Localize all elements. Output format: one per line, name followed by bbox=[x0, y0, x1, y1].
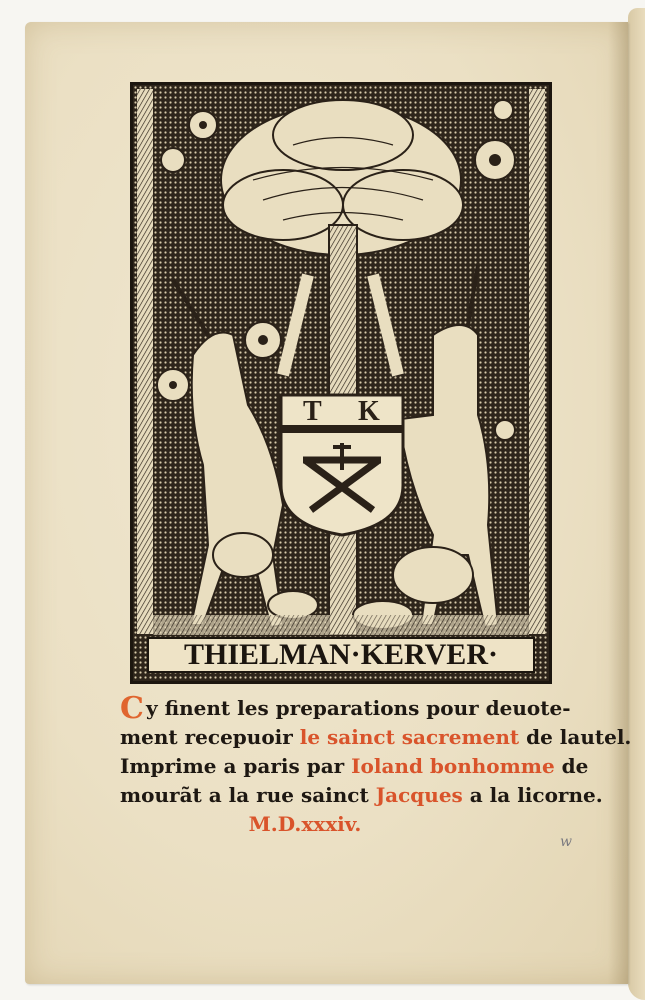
pencil-marginalia: w bbox=[560, 834, 572, 850]
colophon-text: Cy finent les preparations pour deuote- … bbox=[120, 694, 580, 839]
colophon-line-4: mourãt a la rue sainct Jacques a la lico… bbox=[120, 781, 580, 810]
woodcut-illustration: T K bbox=[133, 85, 549, 681]
colophon-line-2: ment recepuoir le sainct sacrement de la… bbox=[120, 723, 580, 752]
colophon-line-3: Imprime a paris par Ioland bonhomme de bbox=[120, 752, 580, 781]
rubric-printer-name: Ioland bonhomme bbox=[351, 754, 555, 778]
adjacent-page-edge bbox=[628, 8, 645, 1000]
shield-icon: T K bbox=[281, 395, 403, 535]
printer-name-banner: THIELMAN·KERVER· bbox=[147, 637, 535, 673]
shield-letter-t: T bbox=[303, 396, 322, 427]
printers-device-woodcut: T K THIELMAN·KERVER· bbox=[130, 82, 552, 684]
rubric-sainct-sacrement: le sainct sacrement bbox=[300, 725, 519, 749]
shield-letter-k: K bbox=[358, 396, 380, 427]
rubric-street-name: Jacques bbox=[376, 783, 463, 807]
colophon-date: M.D.xxxiv. bbox=[120, 810, 580, 839]
rubricated-initial: C bbox=[120, 694, 146, 723]
colophon-line-1: Cy finent les preparations pour deuote- bbox=[120, 694, 580, 723]
